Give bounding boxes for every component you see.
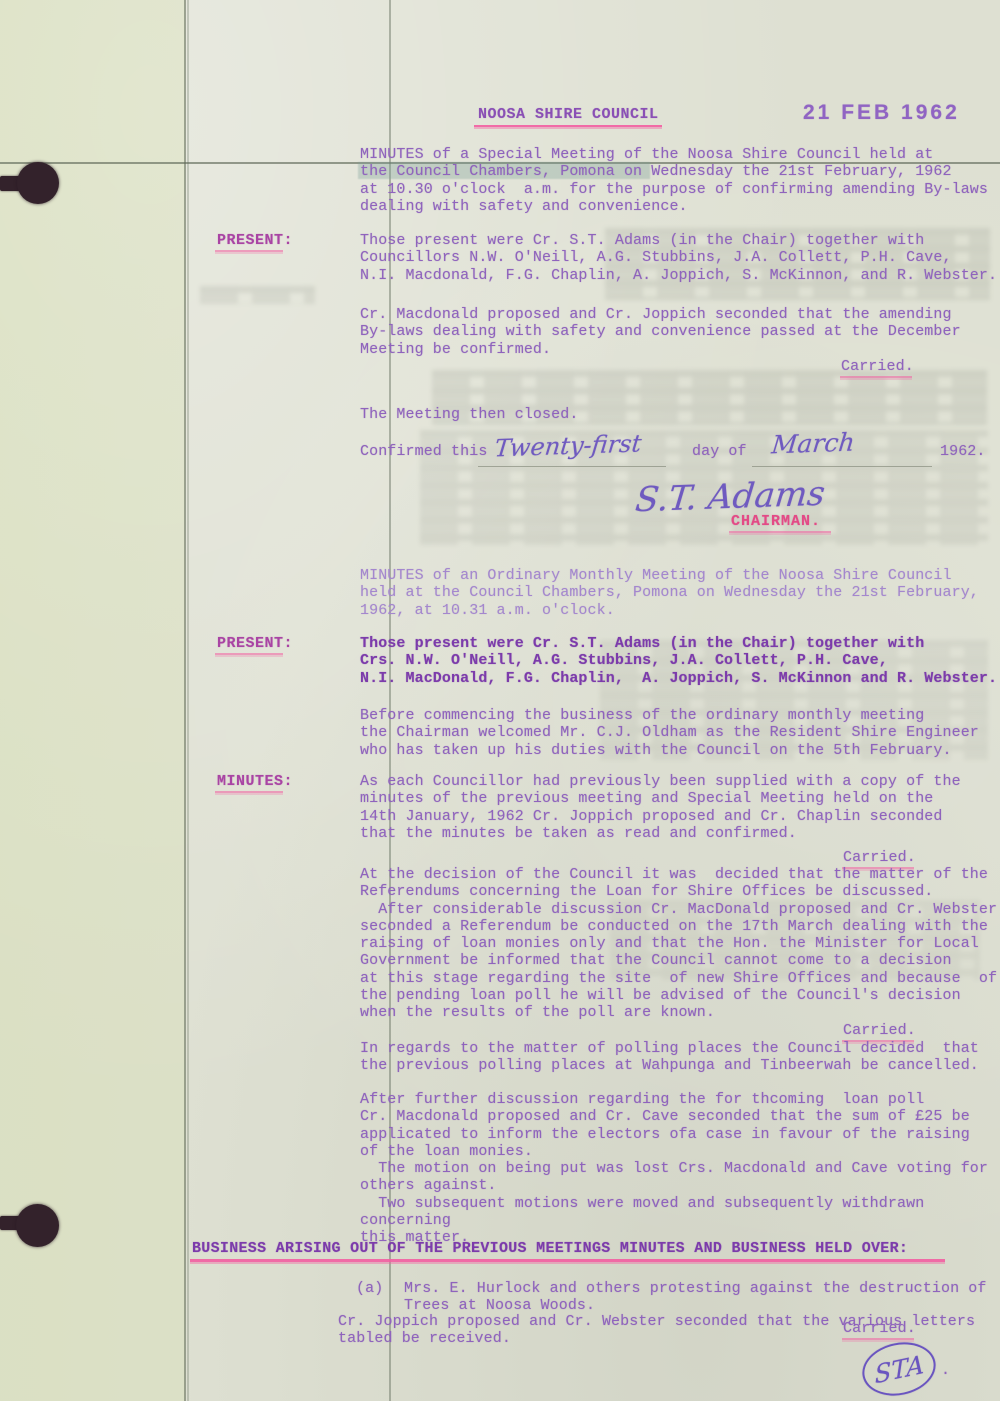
carried-underline: [842, 1338, 914, 1340]
left-margin-rule: [184, 0, 186, 1401]
special-meeting-intro: MINUTES of a Special Meeting of the Noos…: [360, 146, 988, 215]
carried-note: Carried.: [843, 1320, 916, 1337]
chairman-stamp: CHAIRMAN.: [731, 513, 821, 530]
page-title: NOOSA SHIRE COUNCIL: [478, 106, 659, 123]
ordinary-meeting-attendees: Those present were Cr. S.T. Adams (in th…: [360, 635, 997, 687]
carried-note: Carried.: [843, 1022, 916, 1039]
handwritten-month: March: [770, 428, 856, 460]
initials-period: .: [941, 1362, 950, 1379]
present-label-ordinary: PRESENT:: [217, 635, 293, 652]
carried-note: Carried.: [843, 849, 916, 866]
heading-underline: [190, 1259, 945, 1262]
received-date-stamp: 21 FEB 1962: [803, 101, 960, 125]
meeting-closed-line: The Meeting then closed.: [360, 406, 578, 423]
chairman-initials: STA: [874, 1349, 924, 1389]
present-label-underline: [215, 653, 283, 655]
loan-poll-paragraph: After further discussion regarding the f…: [360, 1091, 1000, 1247]
engineer-welcome-paragraph: Before commencing the business of the or…: [360, 707, 979, 759]
day-baseline: [478, 466, 666, 467]
confirmed-prefix: Confirmed this: [360, 443, 487, 460]
bleed-through-ghost: [200, 286, 315, 304]
referendum-paragraph: At the decision of the Council it was de…: [360, 866, 997, 1022]
polling-places-paragraph: In regards to the matter of polling plac…: [360, 1040, 979, 1075]
business-arising-heading: BUSINESS ARISING OUT OF THE PREVIOUS MEE…: [192, 1240, 908, 1257]
scanned-minutes-page: NOOSA SHIRE COUNCIL 21 FEB 1962 MINUTES …: [0, 0, 1000, 1401]
carried-underline: [840, 376, 912, 378]
confirmed-year: 1962.: [940, 443, 986, 460]
carried-note: Carried.: [841, 358, 914, 375]
confirmed-middle: day of: [692, 443, 747, 460]
title-underline: [474, 125, 662, 127]
punch-hole-bottom: [16, 1204, 59, 1247]
handwritten-day: Twenty-first: [493, 429, 643, 462]
minutes-label: MINUTES:: [217, 773, 293, 790]
month-baseline: [752, 466, 932, 467]
chairman-underline: [729, 531, 831, 533]
item-a-label: (a): [356, 1280, 383, 1297]
present-label-underline: [215, 250, 283, 252]
present-label-special: PRESENT:: [217, 232, 293, 249]
special-meeting-motion: Cr. Macdonald proposed and Cr. Joppich s…: [360, 306, 961, 358]
special-meeting-attendees: Those present were Cr. S.T. Adams (in th…: [360, 232, 997, 284]
punch-hole-top: [17, 162, 59, 204]
item-a-text: Mrs. E. Hurlock and others protesting ag…: [404, 1280, 987, 1315]
minutes-confirmation-paragraph: As each Councillor had previously been s…: [360, 773, 961, 842]
minutes-label-underline: [215, 791, 283, 793]
ordinary-meeting-intro: MINUTES of an Ordinary Monthly Meeting o…: [360, 567, 979, 619]
